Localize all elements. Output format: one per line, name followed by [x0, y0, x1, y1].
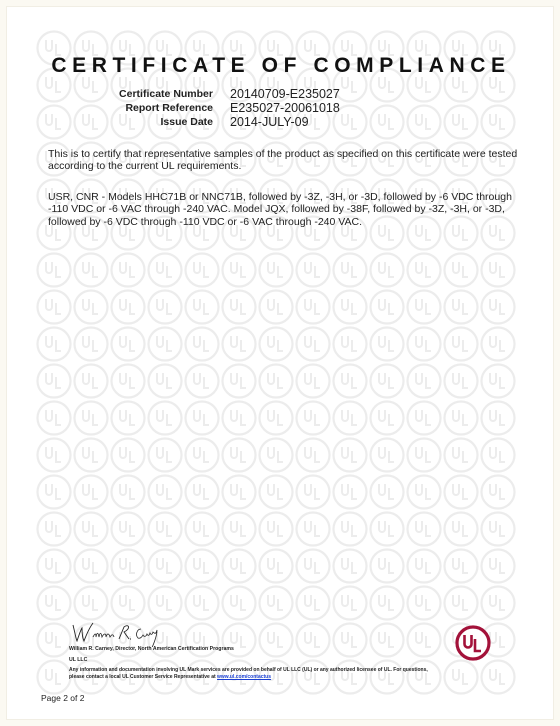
issue-date-value: 2014-JULY-09: [230, 115, 309, 129]
signatory-name: William R. Carney, Director, North Ameri…: [69, 646, 234, 652]
certificate-title: CERTIFICATE OF COMPLIANCE: [7, 54, 554, 78]
report-reference-value: E235027-20061018: [230, 101, 340, 115]
issue-date-row: Issue Date 2014-JULY-09: [7, 115, 554, 129]
page-number: Page 2 of 2: [41, 693, 84, 703]
disclaimer: Any information and documentation involv…: [69, 667, 429, 680]
product-description: USR, CNR - Models HHC71B or NNC71B, foll…: [48, 191, 520, 228]
signature-image: [69, 619, 169, 647]
certify-statement: This is to certify that representative s…: [48, 148, 520, 173]
certificate-number-value: 20140709-E235027: [230, 87, 340, 101]
issue-date-label: Issue Date: [160, 116, 213, 128]
ul-logo-icon: [455, 625, 491, 661]
contact-us-link[interactable]: www.ul.com/contactus: [217, 674, 271, 680]
certificate-number-label: Certificate Number: [119, 88, 213, 100]
certificate-page: CERTIFICATE OF COMPLIANCE Certificate Nu…: [6, 6, 554, 720]
report-reference-row: Report Reference E235027-20061018: [7, 101, 554, 115]
certificate-number-row: Certificate Number 20140709-E235027: [7, 87, 554, 101]
organization-name: UL LLC: [69, 657, 87, 663]
report-reference-label: Report Reference: [125, 102, 213, 114]
